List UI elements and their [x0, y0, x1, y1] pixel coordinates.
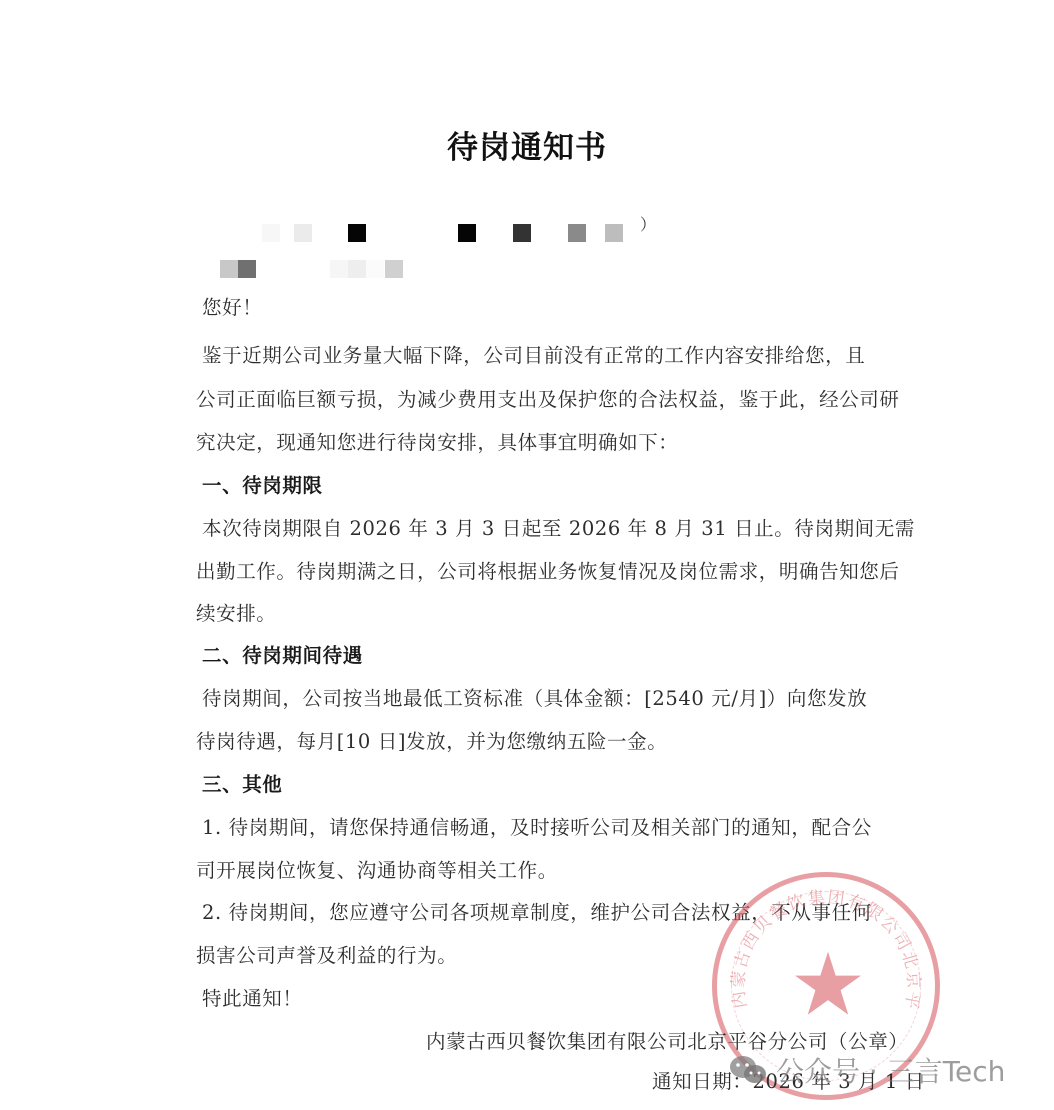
greeting: 您好！: [202, 292, 262, 320]
intro-line: 究决定，现通知您进行待岗安排，具体事宜明确如下：: [196, 427, 678, 455]
redaction-block: [348, 260, 366, 278]
redaction-block: [238, 260, 256, 278]
recipient-close-paren: ）: [640, 212, 656, 235]
redaction-block: [513, 224, 531, 242]
redaction-block: [458, 224, 476, 242]
section-line: 出勤工作。待岗期满之日，公司将根据业务恢复情况及岗位需求，明确告知您后: [196, 556, 900, 584]
star-icon: [793, 949, 863, 1019]
notice-page: 待岗通知书 ） 您好！ 鉴于近期公司业务量大幅下降，公司目前没有正常的工作内容安…: [0, 0, 1054, 1110]
section-heading-period: 一、待岗期限: [202, 470, 323, 498]
section-line: 2. 待岗期间，您应遵守公司各项规章制度，维护公司合法权益，不从事任何: [202, 897, 872, 925]
watermark-label: 公众号 · 三言Tech: [776, 1050, 1005, 1090]
redaction-block: [294, 224, 312, 242]
section-line: 待岗待遇，每月[10 日]发放，并为您缴纳五险一金。: [196, 726, 667, 754]
section-line: 待岗期间，公司按当地最低工资标准（具体金额：[2540 元/月]）向您发放: [202, 683, 867, 711]
redaction-block: [605, 224, 623, 242]
redaction-block: [220, 260, 238, 278]
section-heading-pay: 二、待岗期间待遇: [202, 640, 363, 668]
section-line: 续安排。: [196, 598, 276, 626]
intro-line: 鉴于近期公司业务量大幅下降，公司目前没有正常的工作内容安排给您，且: [202, 340, 865, 368]
redaction-block: [330, 260, 348, 278]
redaction-block: [262, 224, 280, 242]
section-line: 损害公司声誉及利益的行为。: [196, 940, 457, 968]
section-line: 1. 待岗期间，请您保持通信畅通，及时接听公司及相关部门的通知，配合公: [202, 812, 872, 840]
redaction-block: [348, 224, 366, 242]
wechat-watermark: 公众号 · 三言Tech: [728, 1050, 1005, 1090]
section-heading-other: 三、其他: [202, 769, 282, 797]
closing-text: 特此通知！: [202, 983, 303, 1011]
section-line: 司开展岗位恢复、沟通协商等相关工作。: [196, 855, 558, 883]
redaction-block: [366, 260, 384, 278]
intro-line: 公司正面临巨额亏损，为减少费用支出及保护您的合法权益，鉴于此，经公司研: [196, 384, 900, 412]
wechat-icon: [728, 1054, 768, 1086]
document-title: 待岗通知书: [0, 122, 1054, 167]
section-line: 本次待岗期限自 2026 年 3 月 3 日起至 2026 年 8 月 31 日…: [202, 513, 915, 541]
redaction-block: [385, 260, 403, 278]
redaction-block: [568, 224, 586, 242]
